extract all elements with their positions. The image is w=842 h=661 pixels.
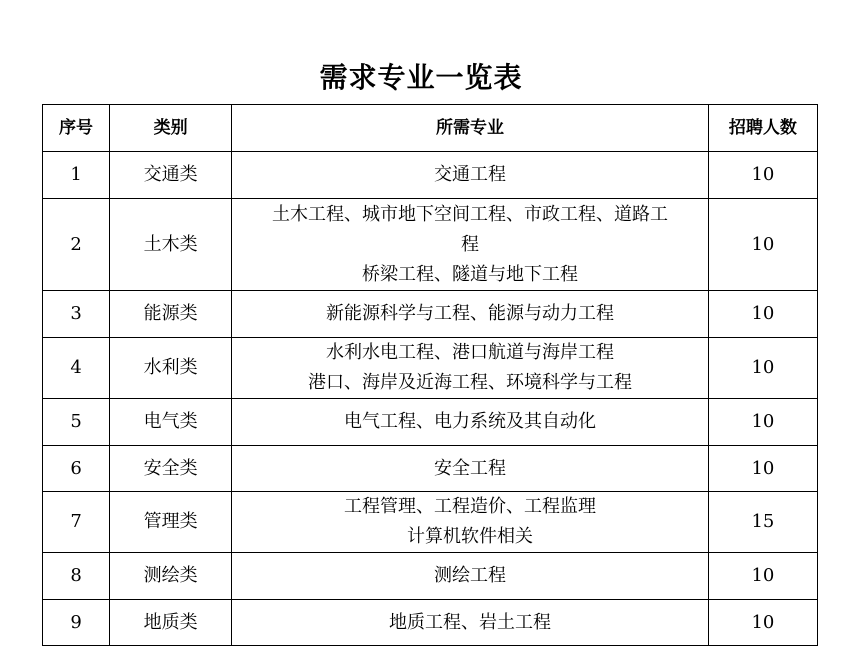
row-category: 交通类 [110,152,232,199]
row-no: 7 [43,492,110,553]
row-no: 1 [43,152,110,199]
major-line: 计算机软件相关 [232,522,708,552]
row-category: 地质类 [110,600,232,646]
row-majors: 地质工程、岩土工程 [232,600,709,646]
major-line: 安全工程 [232,454,708,484]
row-count: 10 [708,446,817,492]
row-category: 管理类 [110,492,232,553]
table-row: 5电气类电气工程、电力系统及其自动化10 [43,399,818,446]
header-count: 招聘人数 [708,105,817,152]
row-no: 4 [43,338,110,399]
header-no: 序号 [43,105,110,152]
row-majors: 电气工程、电力系统及其自动化 [232,399,709,446]
row-category: 能源类 [110,291,232,338]
row-category: 土木类 [110,199,232,291]
row-no: 9 [43,600,110,646]
table-row: 2土木类土木工程、城市地下空间工程、市政工程、道路工程桥梁工程、隧道与地下工程1… [43,199,818,291]
row-count: 10 [708,338,817,399]
header-row: 序号 类别 所需专业 招聘人数 [43,105,818,152]
row-majors: 水利水电工程、港口航道与海岸工程港口、海岸及近海工程、环境科学与工程 [232,338,709,399]
table-row: 6安全类安全工程10 [43,446,818,492]
row-count: 10 [708,399,817,446]
page-title: 需求专业一览表 [0,56,842,96]
table-row: 3能源类新能源科学与工程、能源与动力工程10 [43,291,818,338]
row-no: 6 [43,446,110,492]
table-row: 9地质类地质工程、岩土工程10 [43,600,818,646]
major-line: 交通工程 [232,160,708,190]
major-line: 地质工程、岩土工程 [232,608,708,638]
major-line: 电气工程、电力系统及其自动化 [232,407,708,437]
table-row: 4水利类水利水电工程、港口航道与海岸工程港口、海岸及近海工程、环境科学与工程10 [43,338,818,399]
row-majors: 安全工程 [232,446,709,492]
major-line: 测绘工程 [232,561,708,591]
table-row: 8测绘类测绘工程10 [43,553,818,600]
major-line: 新能源科学与工程、能源与动力工程 [232,299,708,329]
row-no: 2 [43,199,110,291]
row-category: 安全类 [110,446,232,492]
row-majors: 新能源科学与工程、能源与动力工程 [232,291,709,338]
row-category: 电气类 [110,399,232,446]
majors-table: 序号 类别 所需专业 招聘人数 1交通类交通工程102土木类土木工程、城市地下空… [42,104,818,646]
major-line: 港口、海岸及近海工程、环境科学与工程 [232,368,708,398]
row-no: 5 [43,399,110,446]
header-category: 类别 [110,105,232,152]
major-line: 水利水电工程、港口航道与海岸工程 [232,338,708,368]
row-category: 测绘类 [110,553,232,600]
row-count: 10 [708,553,817,600]
major-line: 土木工程、城市地下空间工程、市政工程、道路工 [232,200,708,230]
row-count: 15 [708,492,817,553]
table-row: 1交通类交通工程10 [43,152,818,199]
row-majors: 交通工程 [232,152,709,199]
header-majors: 所需专业 [232,105,709,152]
row-category: 水利类 [110,338,232,399]
row-count: 10 [708,199,817,291]
row-no: 3 [43,291,110,338]
row-count: 10 [708,291,817,338]
row-majors: 工程管理、工程造价、工程监理计算机软件相关 [232,492,709,553]
major-line: 工程管理、工程造价、工程监理 [232,492,708,522]
row-count: 10 [708,600,817,646]
row-count: 10 [708,152,817,199]
row-majors: 测绘工程 [232,553,709,600]
row-majors: 土木工程、城市地下空间工程、市政工程、道路工程桥梁工程、隧道与地下工程 [232,199,709,291]
table-row: 7管理类工程管理、工程造价、工程监理计算机软件相关15 [43,492,818,553]
major-line: 程 [232,230,708,260]
major-line: 桥梁工程、隧道与地下工程 [232,260,708,290]
row-no: 8 [43,553,110,600]
